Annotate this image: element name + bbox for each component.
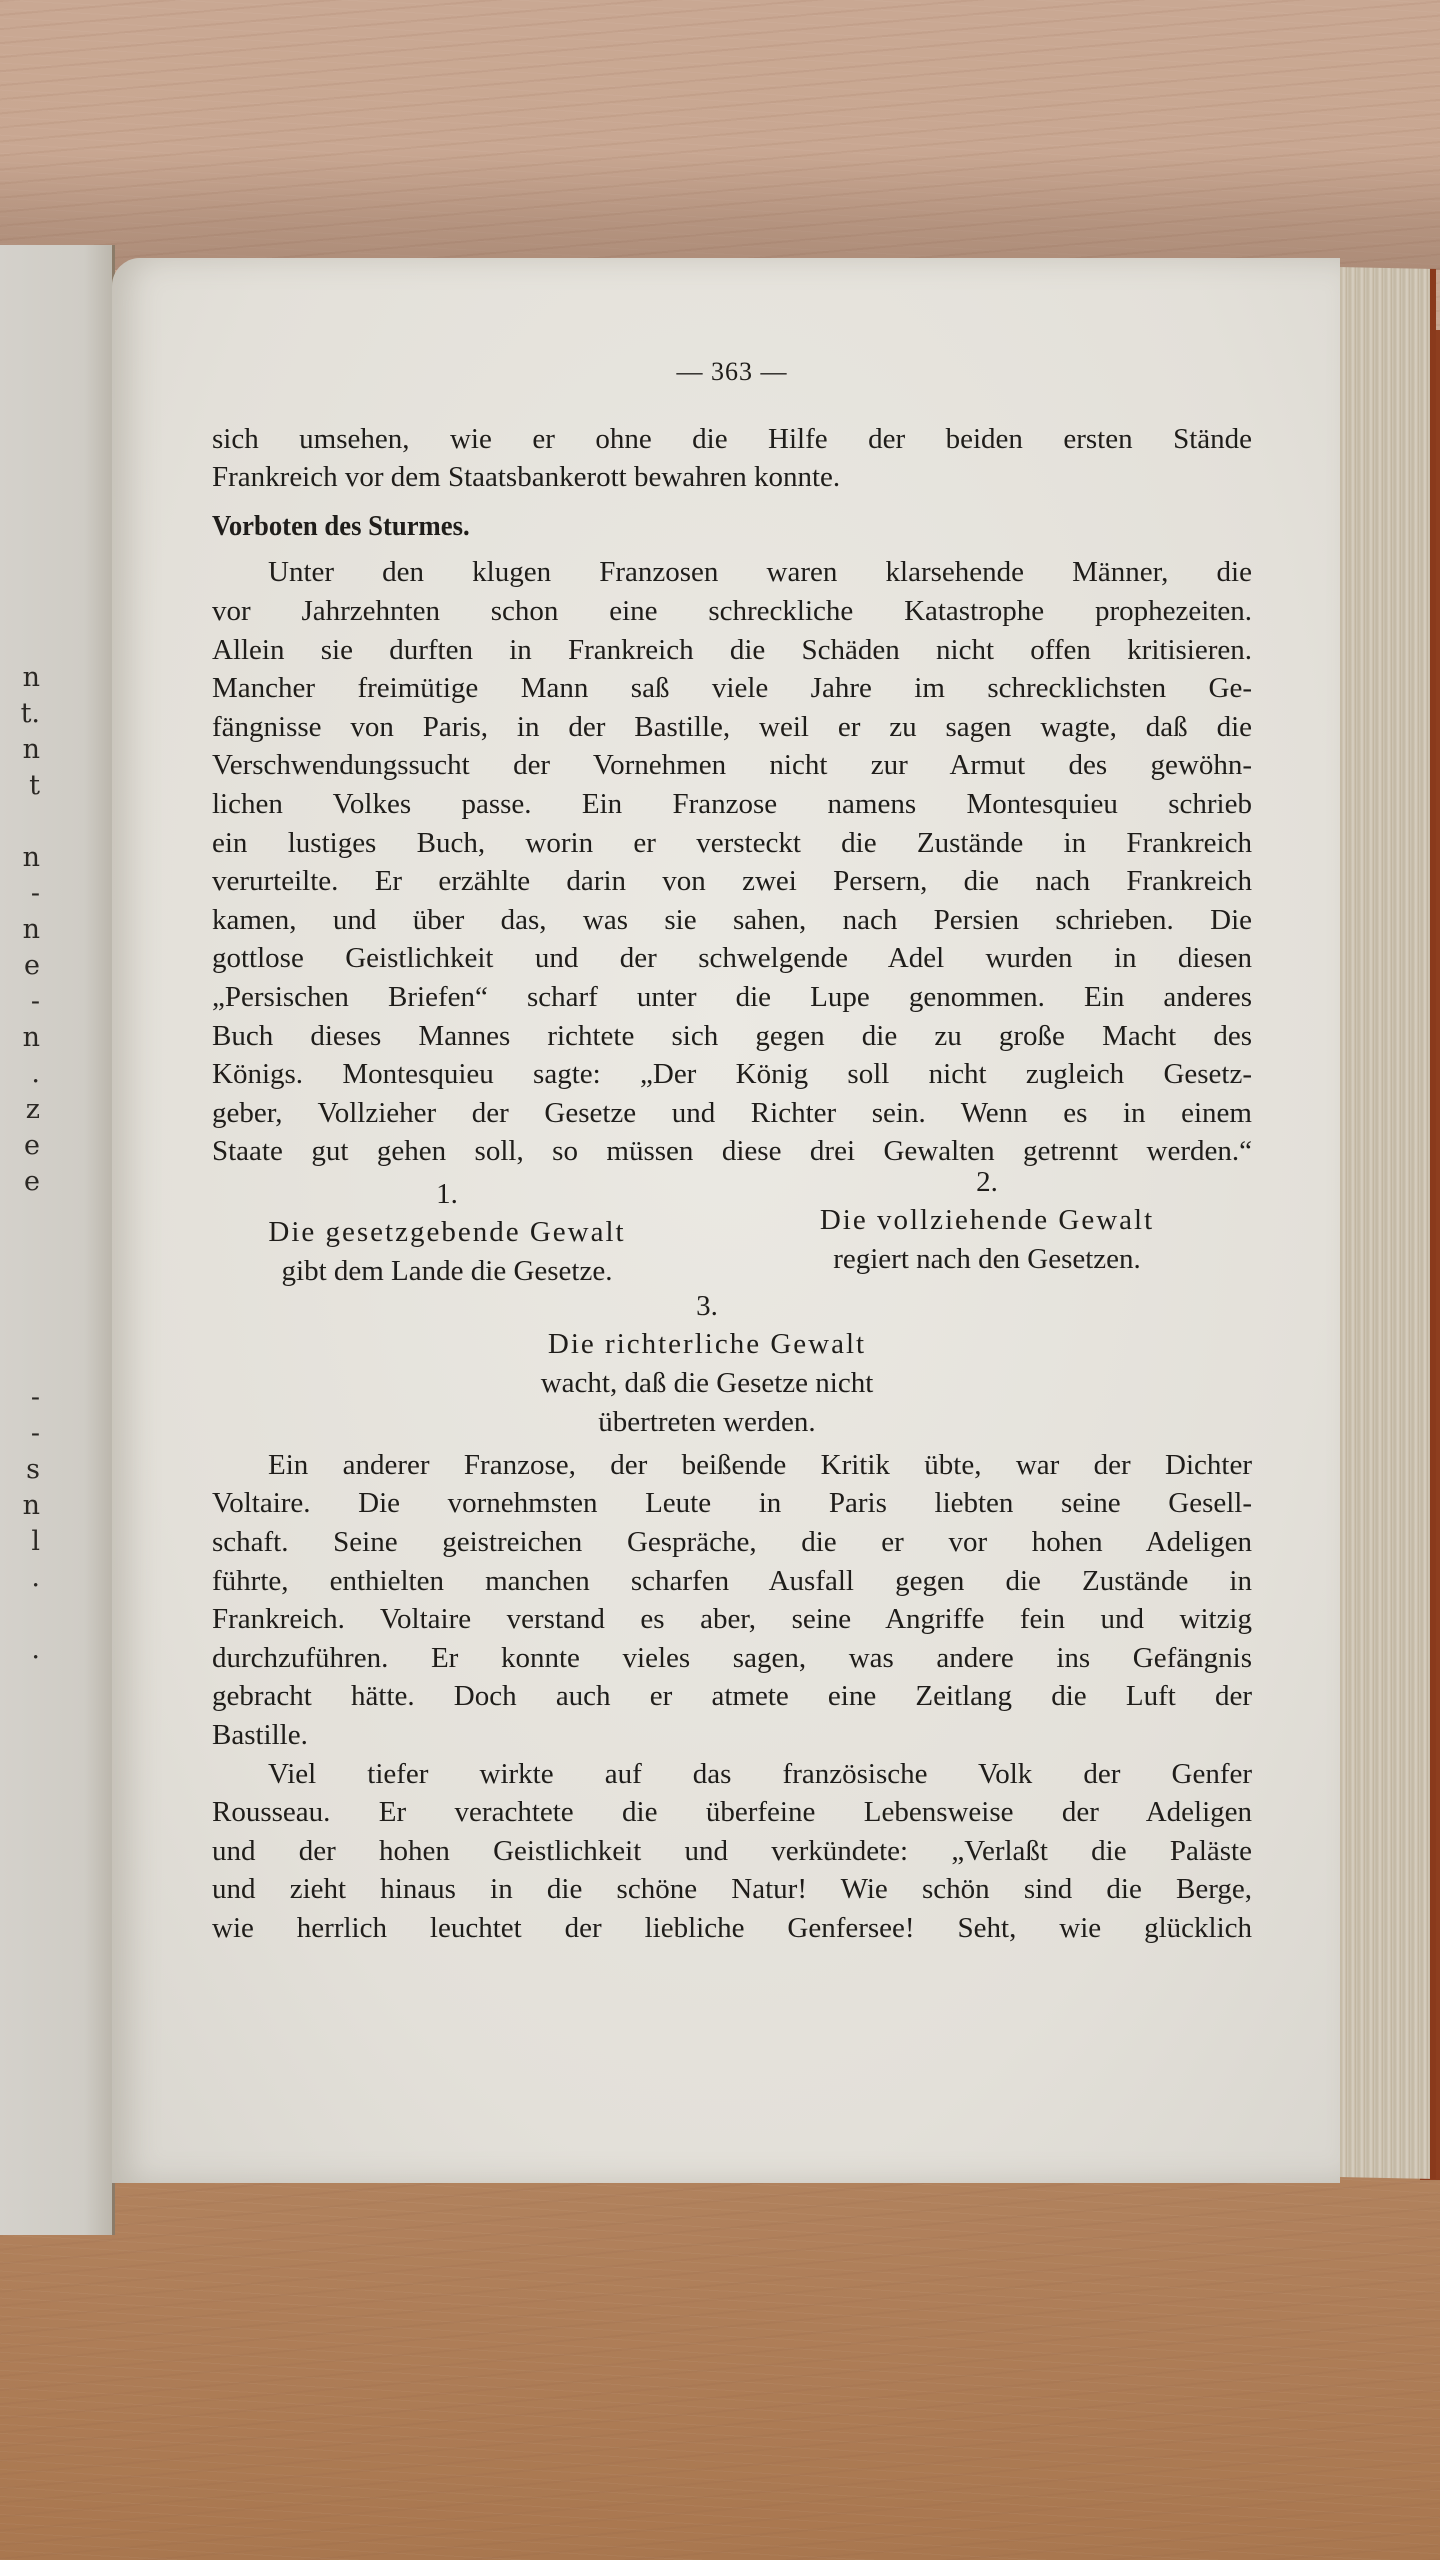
text-line: vor Jahrzehnten schon eine schreckliche … [212, 592, 1252, 631]
section-heading: Vorboten des Sturmes. [212, 507, 1169, 546]
paragraph-rousseau: Viel tiefer wirkte auf das französische … [212, 1755, 1252, 1948]
page-content: — 363 — sich umsehen, wie er ohne die Hi… [212, 353, 1252, 1948]
book-page: — 363 — sich umsehen, wie er ohne die Hi… [112, 258, 1340, 2183]
text-line: Ein anderer Franzose, der beißende Kriti… [212, 1446, 1252, 1485]
power-description: übertreten werden. [472, 1403, 942, 1442]
paragraph-voltaire: Ein anderer Franzose, der beißende Kriti… [212, 1446, 1252, 1755]
power-description: regiert nach den Gesetzen. [752, 1240, 1222, 1279]
text-line: lichen Volkes passe. Ein Franzose namens… [212, 785, 1252, 824]
text-line: geber, Vollzieher der Gesetze und Richte… [212, 1094, 1252, 1133]
page-stack-edge [1338, 267, 1436, 2179]
power-judicial: 3. Die richterliche Gewalt wacht, daß di… [472, 1287, 942, 1441]
power-executive: 2. Die vollziehende Gewalt regiert nach … [752, 1163, 1222, 1279]
text-line: Verschwendungssucht der Vornehmen nicht … [212, 746, 1252, 785]
text-line: gottlose Geistlichkeit und der schwelgen… [212, 939, 1252, 978]
power-number: 1. [212, 1175, 682, 1214]
text-line: Buch dieses Mannes richtete sich gegen d… [212, 1017, 1252, 1056]
left-page: n t. n t n - n e - n . z e e - - s n l .… [0, 245, 115, 2235]
text-line: Unter den klugen Franzosen waren klarseh… [212, 553, 1252, 592]
page-number: — 363 — [212, 353, 1252, 392]
text-line: führte, enthielten manchen scharfen Ausf… [212, 1562, 1252, 1601]
text-line: ein lustiges Buch, worin er versteckt di… [212, 824, 1252, 863]
text-line: Rousseau. Er verachtete die überfeine Le… [212, 1793, 1252, 1832]
opening-paragraph: sich umsehen, wie er ohne die Hilfe der … [212, 420, 1252, 497]
text-line: Königs. Montesquieu sagte: „Der König so… [212, 1055, 1252, 1094]
text-line: Mancher freimütige Mann saß viele Jahre … [212, 669, 1252, 708]
text-line: Bastille. [212, 1716, 1252, 1755]
text-line: und der hohen Geistlichkeit und verkünde… [212, 1832, 1252, 1871]
text-line: Allein sie durften in Frankreich die Sch… [212, 631, 1252, 670]
text-line: fängnisse von Paris, in der Bastille, we… [212, 708, 1252, 747]
text-line: schaft. Seine geistreichen Gespräche, di… [212, 1523, 1252, 1562]
text-line: wie herrlich leuchtet der liebliche Genf… [212, 1909, 1252, 1948]
text-line: verurteilte. Er erzählte darin von zwei … [212, 862, 1252, 901]
text-line: Viel tiefer wirkte auf das französische … [212, 1755, 1252, 1794]
separation-of-powers: 1. Die gesetzgebende Gewalt gibt dem Lan… [212, 1175, 1252, 1440]
power-legislative: 1. Die gesetzgebende Gewalt gibt dem Lan… [212, 1175, 682, 1291]
text-line: kamen, und über das, was sie sahen, nach… [212, 901, 1252, 940]
power-title: Die richterliche Gewalt [472, 1325, 942, 1364]
text-line: durchzuführen. Er konnte vieles sagen, w… [212, 1639, 1252, 1678]
power-description: gibt dem Lande die Gesetze. [212, 1252, 682, 1291]
paragraph-montesquieu: Unter den klugen Franzosen waren klarseh… [212, 553, 1252, 1171]
text-line: Voltaire. Die vornehmsten Leute in Paris… [212, 1484, 1252, 1523]
text-line: Frankreich vor dem Staatsbankerott bewah… [212, 458, 1252, 497]
text-line: gebracht hätte. Doch auch er atmete eine… [212, 1677, 1252, 1716]
power-title: Die vollziehende Gewalt [752, 1201, 1222, 1240]
power-number: 2. [752, 1163, 1222, 1202]
power-title: Die gesetzgebende Gewalt [212, 1213, 682, 1252]
text-line: „Persischen Briefen“ scharf unter die Lu… [212, 978, 1252, 1017]
text-line: Frankreich. Voltaire verstand es aber, s… [212, 1600, 1252, 1639]
book-shadow [0, 150, 1440, 270]
text-line: und zieht hinaus in die schöne Natur! Wi… [212, 1870, 1252, 1909]
power-number: 3. [472, 1287, 942, 1326]
text-line: sich umsehen, wie er ohne die Hilfe der … [212, 420, 1252, 459]
power-description: wacht, daß die Gesetze nicht [472, 1364, 942, 1403]
left-page-text-fragments: n t. n t n - n e - n . z e e - - s n l .… [0, 660, 40, 1668]
